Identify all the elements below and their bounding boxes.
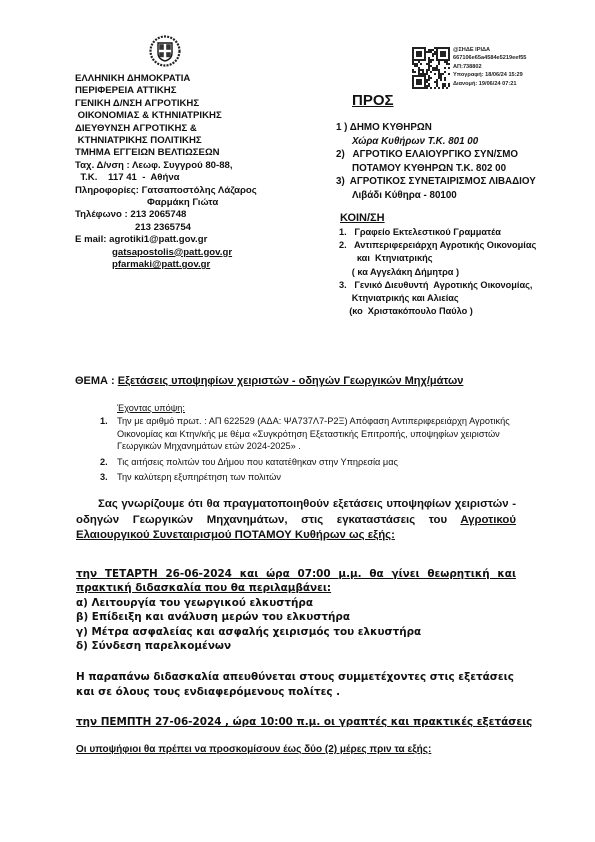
announcement-text: Σας γνωρίζουμε ότι θα πραγματοποιηθούν ε…: [76, 498, 516, 526]
stamp-distribution-date: Διανομή: 19/06/24 07:21: [453, 80, 526, 88]
header-line: ΠΕΡΙΦΕΡΕΙΑ ΑΤΤΙΚΗΣ: [75, 85, 315, 97]
cc-line: Κτηνιατρικής και Αλιείας: [339, 292, 536, 305]
recipient-item: 1 ) ΔΗΜΟ ΚΥΘΗΡΩΝ Χώρα Κυθήρων Τ.Κ. 801 0…: [336, 121, 536, 148]
teaching-item: β) Επίδειξη και ανάλυση μερών του ελκυστ…: [76, 610, 516, 624]
phone-second: 213 2365754: [75, 222, 315, 234]
sender-header: ΕΛΛΗΝΙΚΗ ΔΗΜΟΚΡΑΤΙΑ ΠΕΡΙΦΕΡΕΙΑ ΑΤΤΙΚΗΣ Γ…: [75, 73, 315, 272]
header-line: ΟΙΚΟΝΟΜΙΑΣ & ΚΤΗΝΙΑΤΡΙΚΗΣ: [75, 110, 315, 122]
address-line: Ταχ. Δ/νση : Λεωφ. Συγγρού 80-88,: [75, 160, 315, 172]
considering-list: 1. Την με αριθμό πρωτ. : ΑΠ 622529 (ΑΔΑ:…: [100, 415, 540, 487]
teaching-heading: την ΤΕΤΑΡΤΗ 26-06-2024 και ώρα 07:00 μ.μ…: [76, 567, 516, 596]
exam-date: την ΠΕΜΠΤΗ 27-06-2024 , ώρα 10:00 π.μ. ο…: [76, 716, 532, 728]
considering-item: 1. Την με αριθμό πρωτ. : ΑΠ 622529 (ΑΔΑ:…: [100, 415, 540, 453]
info-contact: Πληροφορίες: Γατσαποστόλης Λάζαρος: [75, 185, 315, 197]
info-contact-second: Φαρμάκη Γιώτα: [75, 197, 315, 209]
cc-line: (κο Χριστακόπουλο Παύλο ): [339, 305, 536, 318]
teaching-item: δ) Σύνδεση παρελκομένων: [76, 639, 516, 653]
email-link-gatsapostolis[interactable]: gatsapostolis@patt.gov.gr: [75, 247, 315, 259]
header-line: ΤΜΗΜΑ ΕΓΓΕΙΩΝ ΒΕΛΤΙΩΣΕΩΝ: [75, 147, 315, 159]
header-line: ΓΕΝΙΚΗ Δ/ΝΣΗ ΑΓΡΟΤΙΚΗΣ: [75, 98, 315, 110]
stamp-protocol-number: ΑΠ:738802: [453, 63, 526, 71]
recipients-title: ΠΡΟΣ: [352, 92, 394, 109]
announcement-paragraph: Σας γνωρίζουμε ότι θα πραγματοποιηθούν ε…: [76, 497, 516, 544]
cc-line: 2. Αντιπεριφερειάρχη Αγροτικής Οικονομία…: [339, 239, 536, 252]
considering-title: Έχοντας υπόψη:: [117, 403, 185, 413]
cc-line: 1. Γραφείο Εκτελεστικού Γραμματέα: [339, 226, 536, 239]
recipient-item: 3) ΑΓΡΟΤΙΚΟΣ ΣΥΝΕΤΑΙΡΙΣΜΟΣ ΛΙΒΑΔΙΟΥ Λιβά…: [336, 175, 536, 202]
subject-line: ΘΕΜΑ : Εξετάσεις υποψηφίων χειριστών - ο…: [75, 375, 463, 387]
recipient-item: 2) ΑΓΡΟΤΙΚΟ ΕΛΑΙΟΥΡΓΙΚΟ ΣΥΝ/ΣΜΟ ΠΟΤΑΜΟΥ …: [336, 148, 536, 175]
subject-label: ΘΕΜΑ :: [75, 375, 118, 387]
cc-list: 1. Γραφείο Εκτελεστικού Γραμματέα 2. Αντ…: [339, 226, 536, 318]
email-line: E mail: agrotiki1@patt.gov.gr: [75, 234, 315, 246]
teaching-section: την ΤΕΤΑΡΤΗ 26-06-2024 και ώρα 07:00 μ.μ…: [76, 567, 516, 653]
header-line: ΔΙΕΥΘΥΝΣΗ ΑΓΡΟΤΙΚΗΣ &: [75, 123, 315, 135]
header-line: ΚΤΗΝΙΑΤΡΙΚΗΣ ΠΟΛΙΤΙΚΗΣ: [75, 135, 315, 147]
considering-item: 2. Τις αιτήσεις πολιτών του Δήμου που κα…: [100, 456, 540, 469]
candidates-requirements: Οι υποψήφιοι θα πρέπει να προσκομίσουν έ…: [76, 744, 431, 755]
teaching-note: Η παραπάνω διδασκαλία απευθύνεται στους …: [76, 670, 516, 700]
stamp-signature-date: Υπογραφή: 18/06/24 15:29: [453, 71, 526, 79]
document-stamp: @ΣΗΔΕ ΙΡΙΔΑ 667106e65a4584e5219eef55 ΑΠ:…: [453, 46, 526, 88]
recipients-list: 1 ) ΔΗΜΟ ΚΥΘΗΡΩΝ Χώρα Κυθήρων Τ.Κ. 801 0…: [336, 121, 536, 202]
header-line: ΕΛΛΗΝΙΚΗ ΔΗΜΟΚΡΑΤΙΑ: [75, 73, 315, 85]
greek-emblem-icon: [149, 35, 181, 67]
phone-line: Τηλέφωνο : 213 2065748: [75, 209, 315, 221]
teaching-item: α) Λειτουργία του γεωργικού ελκυστήρα: [76, 596, 516, 610]
email-link-pfarmaki[interactable]: pfarmaki@patt.gov.gr: [75, 259, 315, 271]
qr-code-icon: [412, 47, 450, 89]
cc-line: 3. Γενικό Διευθυντή Αγροτικής Οικονομίας…: [339, 279, 536, 292]
cc-line: ( κα Αγγελάκη Δήμητρα ): [339, 266, 536, 279]
postcode-line: Τ.Κ. 117 41 - Αθήνα: [75, 172, 315, 184]
teaching-item: γ) Μέτρα ασφαλείας και ασφαλής χειρισμός…: [76, 625, 516, 639]
considering-item: 3. Την καλύτερη εξυπηρέτηση των πολιτών: [100, 471, 540, 484]
cc-line: και Κτηνιατρικής: [339, 252, 536, 265]
stamp-hash: 667106e65a4584e5219eef55: [453, 54, 526, 62]
stamp-system: @ΣΗΔΕ ΙΡΙΔΑ: [453, 46, 526, 54]
subject-text: Εξετάσεις υποψηφίων χειριστών - οδηγών Γ…: [118, 375, 464, 387]
cc-title: ΚΟΙΝ/ΣΗ: [340, 212, 385, 224]
